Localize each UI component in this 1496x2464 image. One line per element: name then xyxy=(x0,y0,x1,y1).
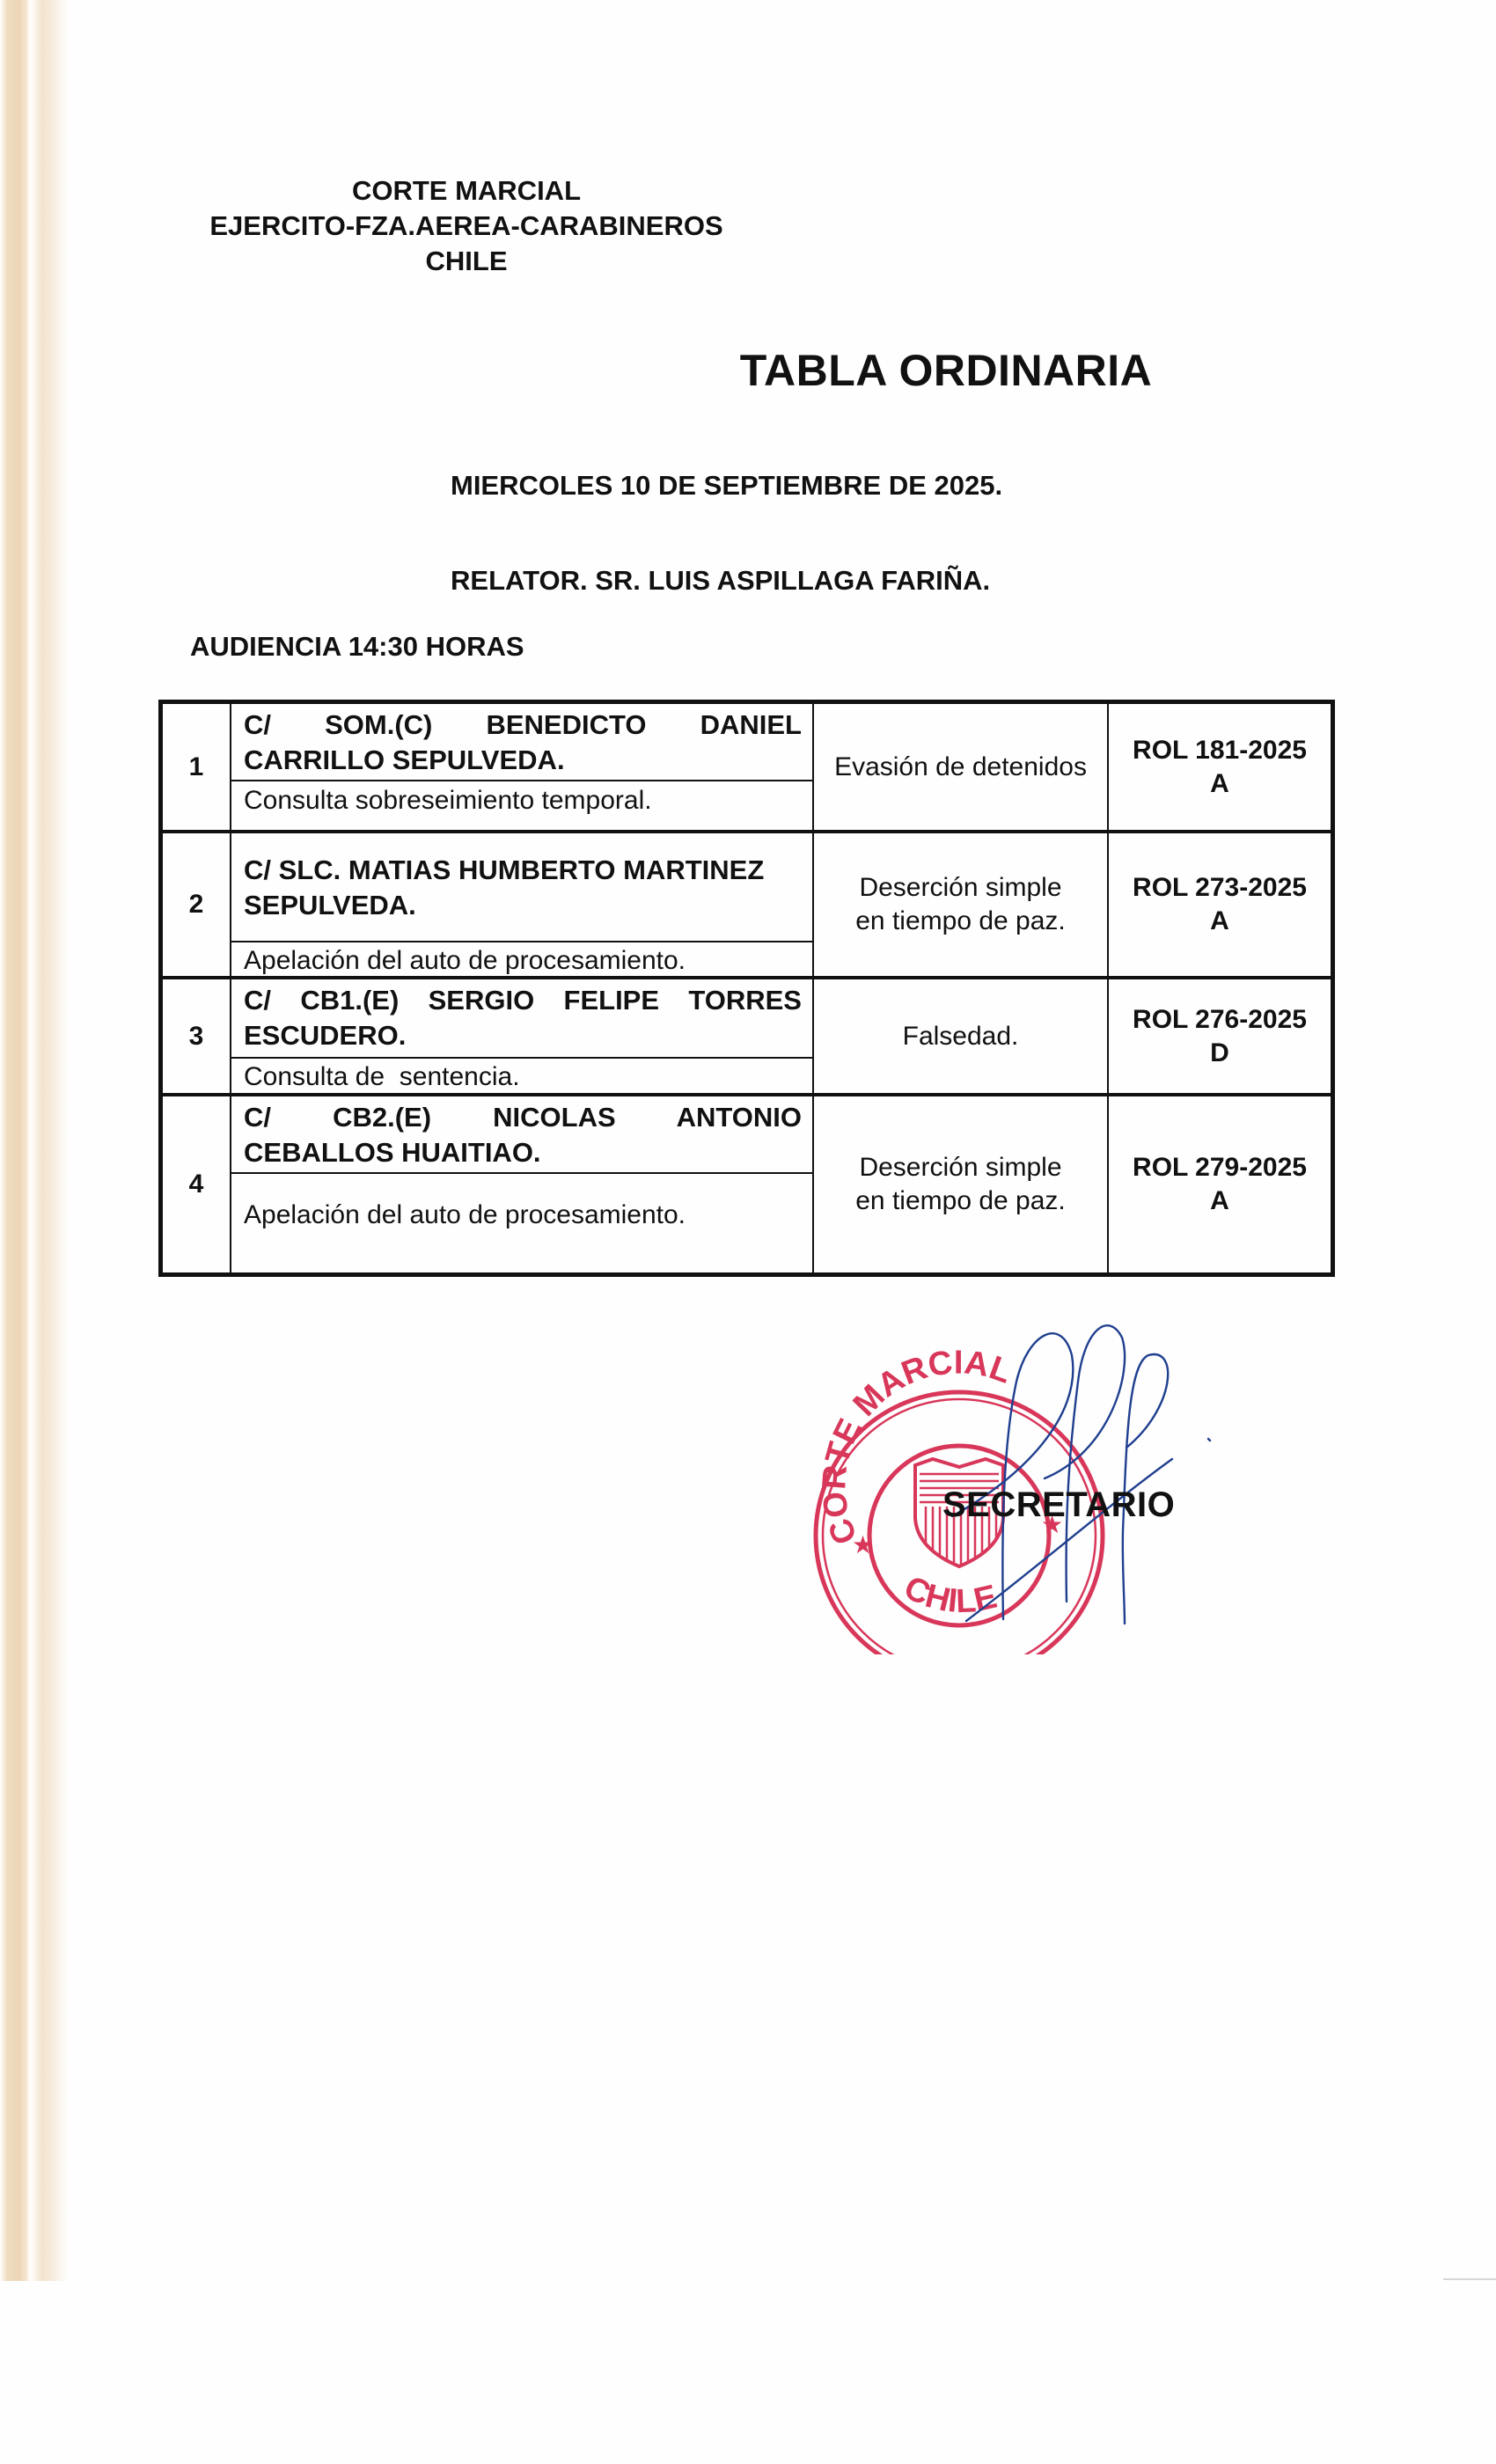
case-description: C/ SOM.(C) BENEDICTO DANIELCARRILLO SEPU… xyxy=(231,702,813,832)
signatory-title: SECRETARIO xyxy=(942,1485,1175,1525)
relator-line: RELATOR. SR. LUIS ASPILLAGA FARIÑA. xyxy=(451,565,990,597)
document-title: TABLA ORDINARIA xyxy=(0,345,1496,396)
case-number: 1 xyxy=(161,702,231,832)
case-matter: Consulta de sentencia. xyxy=(231,1057,812,1093)
table-row: 3 C/ CB1.(E) SERGIO FELIPE TORRESESCUDER… xyxy=(161,978,1333,1095)
signature-block: CORTE MARCIAL CHILE ★ ★ xyxy=(792,1302,1250,1654)
court-branches: EJERCITO-FZA.AEREA-CARABINEROS xyxy=(0,209,933,244)
case-rol: ROL 279-2025A xyxy=(1108,1095,1333,1275)
table-row: 1 C/ SOM.(C) BENEDICTO DANIELCARRILLO SE… xyxy=(161,702,1333,832)
case-matter: Apelación del auto de procesamiento. xyxy=(231,941,812,976)
case-rol: ROL 273-2025A xyxy=(1108,832,1333,978)
svg-text:★: ★ xyxy=(852,1530,874,1559)
defendant-name: C/ SLC. MATIAS HUMBERTO MARTINEZSEPULVED… xyxy=(231,833,812,941)
court-name: CORTE MARCIAL xyxy=(0,173,933,209)
defendant-name: C/ CB2.(E) NICOLAS ANTONIOCEBALLOS HUAIT… xyxy=(231,1096,812,1172)
case-description: C/ SLC. MATIAS HUMBERTO MARTINEZSEPULVED… xyxy=(231,832,813,978)
case-offense: Falsedad. xyxy=(813,978,1108,1095)
case-number: 4 xyxy=(161,1095,231,1275)
case-matter: Apelación del auto de procesamiento. xyxy=(231,1172,812,1272)
defendant-name: C/ CB1.(E) SERGIO FELIPE TORRESESCUDERO. xyxy=(231,979,812,1057)
page-bottom-edge xyxy=(1443,2278,1496,2280)
table-row: 4 C/ CB2.(E) NICOLAS ANTONIOCEBALLOS HUA… xyxy=(161,1095,1333,1275)
table-row: 2 C/ SLC. MATIAS HUMBERTO MARTINEZSEPULV… xyxy=(161,832,1333,978)
court-country: CHILE xyxy=(0,244,933,279)
scanned-paper-edge xyxy=(0,0,69,2281)
defendant-name: C/ SOM.(C) BENEDICTO DANIELCARRILLO SEPU… xyxy=(231,704,812,780)
case-number: 3 xyxy=(161,978,231,1095)
cases-table: 1 C/ SOM.(C) BENEDICTO DANIELCARRILLO SE… xyxy=(158,700,1335,1277)
session-date: MIERCOLES 10 DE SEPTIEMBRE DE 2025. xyxy=(451,470,1002,502)
hearing-time: AUDIENCIA 14:30 HORAS xyxy=(190,631,524,663)
case-description: C/ CB2.(E) NICOLAS ANTONIOCEBALLOS HUAIT… xyxy=(231,1095,813,1275)
official-stamp-icon: CORTE MARCIAL CHILE ★ ★ xyxy=(792,1302,1250,1654)
case-offense: Deserción simple en tiempo de paz. xyxy=(813,832,1108,978)
case-rol: ROL 181-2025A xyxy=(1108,702,1333,832)
court-header: CORTE MARCIAL EJERCITO-FZA.AEREA-CARABIN… xyxy=(0,173,933,279)
case-offense: Evasión de detenidos xyxy=(813,702,1108,832)
case-rol: ROL 276-2025D xyxy=(1108,978,1333,1095)
case-description: C/ CB1.(E) SERGIO FELIPE TORRESESCUDERO.… xyxy=(231,978,813,1095)
case-number: 2 xyxy=(161,832,231,978)
case-offense: Deserción simple en tiempo de paz. xyxy=(813,1095,1108,1275)
case-matter: Consulta sobreseimiento temporal. xyxy=(231,780,812,830)
